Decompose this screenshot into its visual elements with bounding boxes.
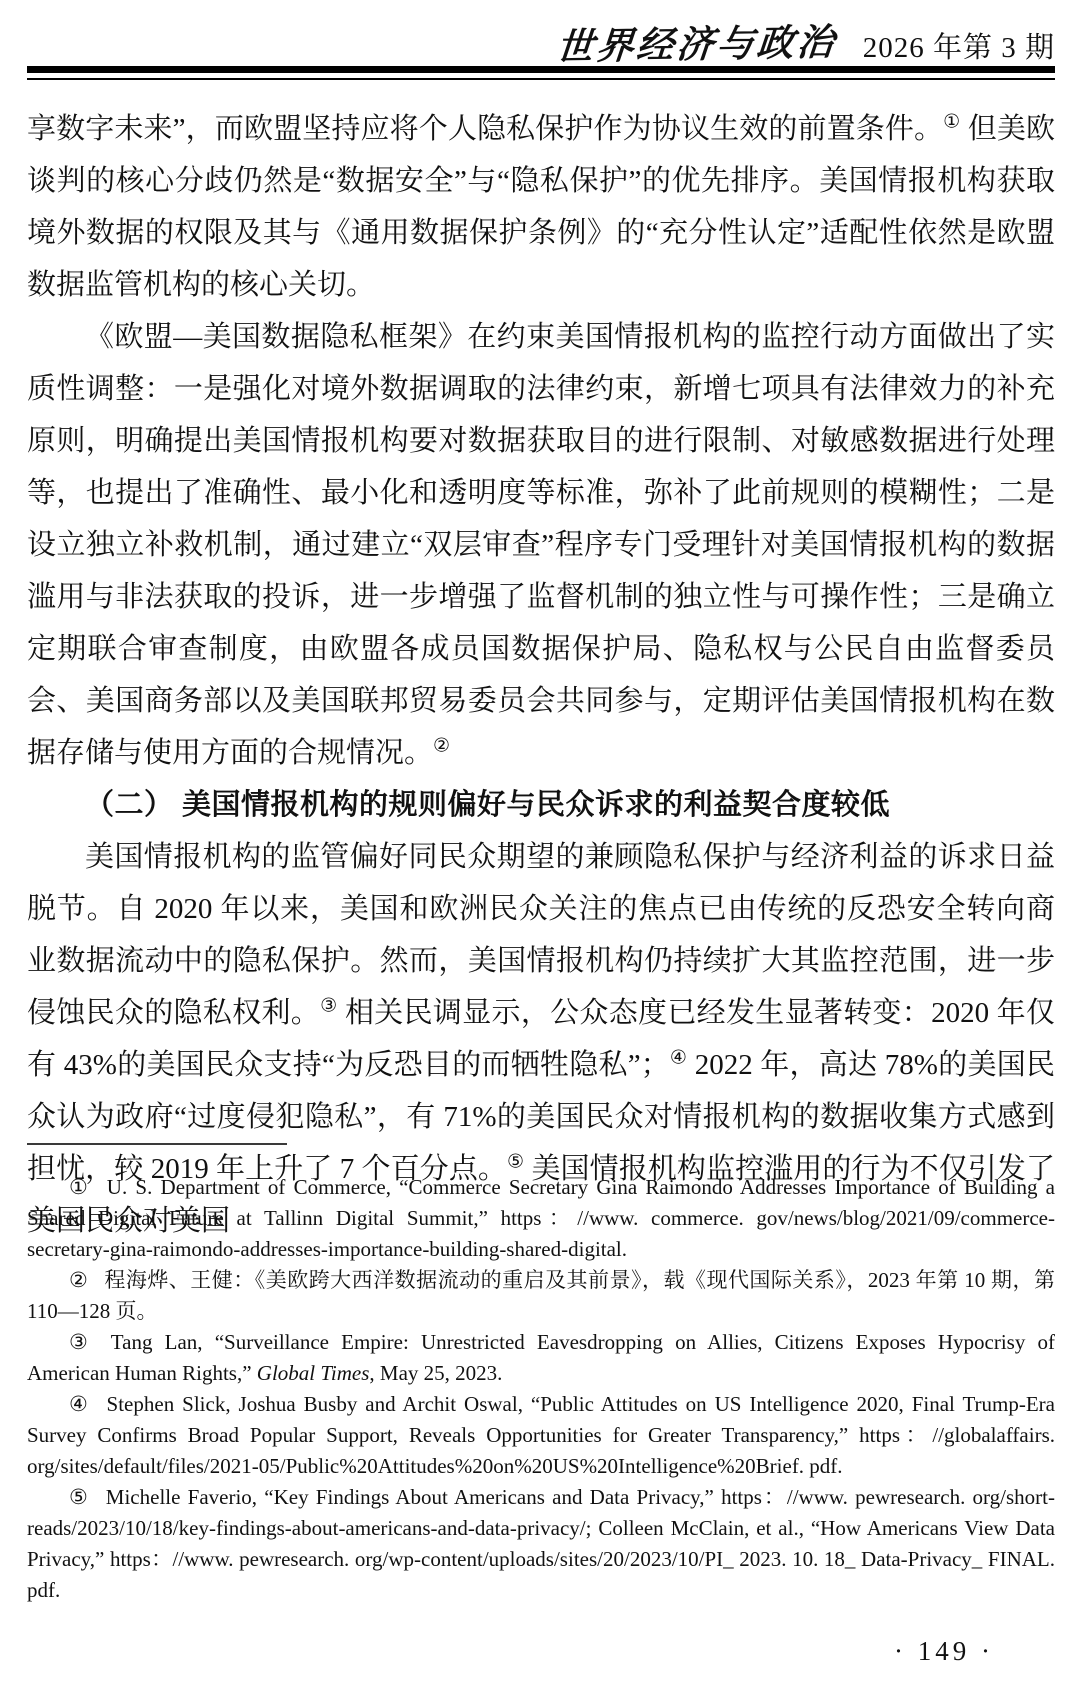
header-rule-thin <box>27 78 1055 80</box>
footnote-item: ③Tang Lan, “Surveillance Empire: Unrestr… <box>27 1327 1055 1389</box>
footnote-ref: ② <box>433 735 450 756</box>
page-number: · 149 · <box>894 1636 994 1667</box>
body-text: 享数字未来”，而欧盟坚持应将个人隐私保护作为协议生效的前置条件。① 但美欧谈判的… <box>27 103 1055 1247</box>
header-rules <box>27 66 1055 80</box>
body-paragraph: 享数字未来”，而欧盟坚持应将个人隐私保护作为协议生效的前置条件。① 但美欧谈判的… <box>27 103 1055 311</box>
footnote-text: Stephen Slick, Joshua Busby and Archit O… <box>27 1392 1055 1478</box>
footnote-ref: ⑤ <box>507 1151 524 1172</box>
footnote-text: Michelle Faverio, “Key Findings About Am… <box>27 1485 1055 1602</box>
footnote-marker: ⑤ <box>69 1485 90 1509</box>
footnote-item: ①U. S. Department of Commerce, “Commerce… <box>27 1172 1055 1265</box>
text-run: 享数字未来”，而欧盟坚持应将个人隐私保护作为协议生效的前置条件。 <box>27 113 943 145</box>
footnote-separator <box>27 1143 287 1145</box>
footnote-marker: ① <box>69 1175 91 1199</box>
journal-page: 世界经济与政治 2026 年第 3 期 享数字未来”，而欧盟坚持应将个人隐私保护… <box>0 0 1080 1689</box>
footnote-text: U. S. Department of Commerce, “Commerce … <box>27 1175 1055 1261</box>
footnote-ref: ④ <box>670 1047 688 1068</box>
footnote-item: ④Stephen Slick, Joshua Busby and Archit … <box>27 1389 1055 1482</box>
footnote-ref: ③ <box>320 995 337 1016</box>
footnote-ref: ① <box>943 111 960 132</box>
issue-info: 2026 年第 3 期 <box>863 25 1055 66</box>
page-header: 世界经济与政治 2026 年第 3 期 <box>27 14 1055 68</box>
footnote-marker: ② <box>69 1268 88 1292</box>
footnote-text: 程海烨、王健：《美欧跨大西洋数据流动的重启及其前景》，载《现代国际关系》，202… <box>27 1268 1055 1323</box>
footnotes: ①U. S. Department of Commerce, “Commerce… <box>27 1172 1055 1606</box>
footnote-text: , May 25, 2023. <box>369 1361 502 1385</box>
body-paragraph: 《欧盟—美国数据隐私框架》在约束美国情报机构的监控行动方面做出了实质性调整：一是… <box>27 311 1055 779</box>
journal-logo: 世界经济与政治 <box>554 12 839 71</box>
footnote-marker: ③ <box>69 1330 95 1354</box>
footnote-item: ⑤Michelle Faverio, “Key Findings About A… <box>27 1482 1055 1606</box>
text-run: （二） 美国情报机构的规则偏好与民众诉求的利益契合度较低 <box>85 789 890 821</box>
header-rule-thick <box>27 66 1055 73</box>
footnote-text: Tang Lan, “Surveillance Empire: Unrestri… <box>27 1330 1055 1385</box>
section-heading: （二） 美国情报机构的规则偏好与民众诉求的利益契合度较低 <box>27 779 1055 831</box>
footnote-text-italic: Global Times <box>257 1361 370 1385</box>
text-run: 《欧盟—美国数据隐私框架》在约束美国情报机构的监控行动方面做出了实质性调整：一是… <box>27 321 1055 769</box>
footnote-item: ②程海烨、王健：《美欧跨大西洋数据流动的重启及其前景》，载《现代国际关系》，20… <box>27 1265 1055 1327</box>
footnote-marker: ④ <box>69 1392 91 1416</box>
